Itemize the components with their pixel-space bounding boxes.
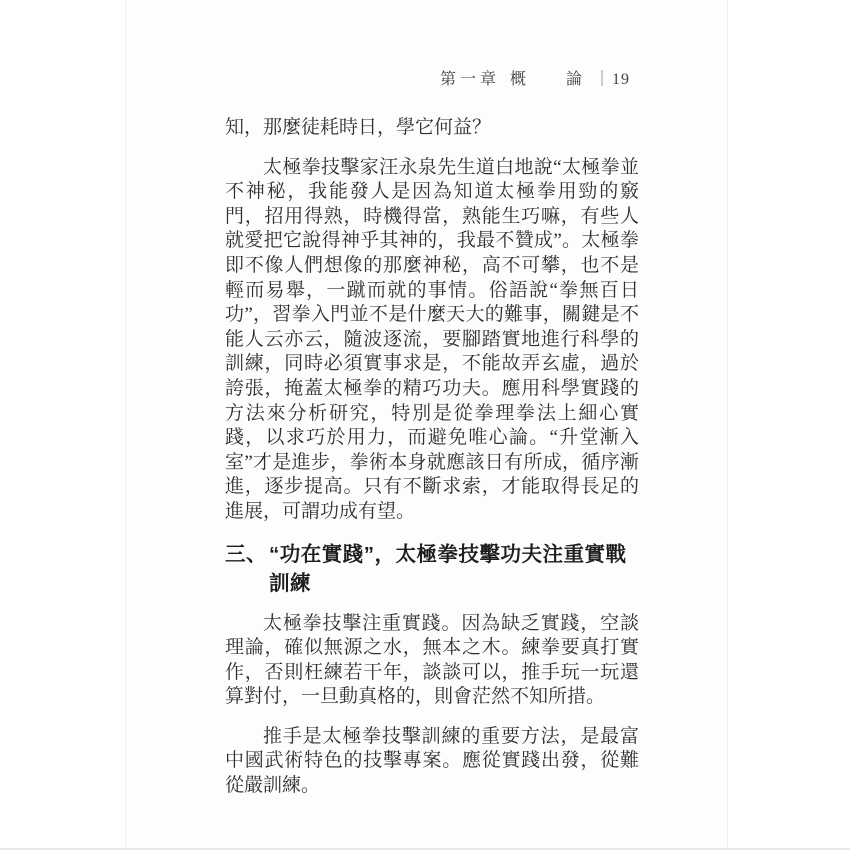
- scanned-book-page-view: 第一章概 論｜19 知，那麼徒耗時日，學它何益？ 太極拳技擊家汪永泉先生道白地說…: [0, 0, 850, 850]
- body-text: 知，那麼徒耗時日，學它何益？ 太極拳技擊家汪永泉先生道白地說“太極拳並不神秘，我…: [225, 116, 639, 814]
- heading-line-1: “功在實踐”，太極拳技擊功夫注重實戰: [269, 543, 627, 566]
- running-header: 第一章概 論｜19: [126, 66, 630, 89]
- paragraph-practice: 太極拳技擊注重實踐。因為缺乏實踐，空談理論，確似無源之水，無本之木。練拳要真打實…: [225, 612, 639, 710]
- paragraph-push-hands: 推手是太極拳技擊訓練的重要方法，是最富中國武術特色的技擊專案。應從實踐出發，從難…: [225, 725, 639, 799]
- heading-line-2: 訓練: [269, 572, 311, 595]
- heading-text: “功在實踐”，太極拳技擊功夫注重實戰 訓練: [269, 540, 639, 598]
- paragraph-continuation: 知，那麼徒耗時日，學它何益？: [225, 116, 639, 141]
- heading-number: 三、: [225, 540, 269, 569]
- section-title: 概 論: [510, 71, 594, 88]
- paragraph-wang-quote: 太極拳技擊家汪永泉先生道白地說“太極拳並不神秘，我能發人是因為知道太極拳用勁的竅…: [225, 156, 639, 525]
- header-divider: ｜: [594, 71, 610, 88]
- section-heading: 三、 “功在實踐”，太極拳技擊功夫注重實戰 訓練: [225, 540, 639, 598]
- page-number: 19: [612, 71, 630, 88]
- book-page: 第一章概 論｜19 知，那麼徒耗時日，學它何益？ 太極拳技擊家汪永泉先生道白地說…: [125, 0, 728, 850]
- chapter-label: 第一章: [440, 71, 500, 88]
